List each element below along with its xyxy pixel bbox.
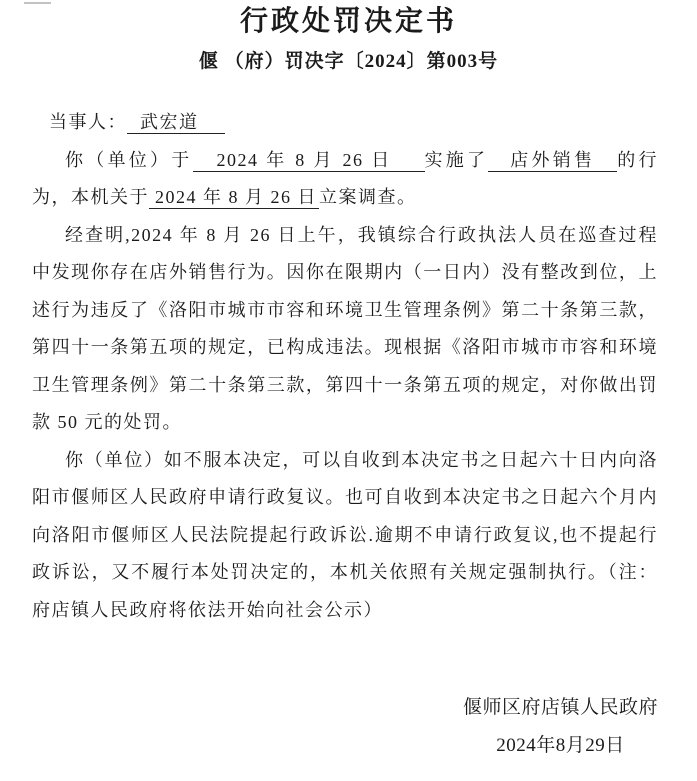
signature-row: 偃师区府店镇人民政府 2024年8月29日 (0, 689, 697, 764)
implementation-date-field: 2024 年 8 月 26 日 (193, 150, 425, 172)
scan-artifact-line (24, 2, 51, 4)
issue-date: 2024年8月29日 (463, 727, 658, 765)
implementation-text-run-4: 立案调查。 (319, 187, 417, 207)
issuing-authority: 偃师区府店镇人民政府 (463, 689, 658, 727)
penalty-decision-document: 行政处罚决定书 偃 （府）罚决字〔2024〕第003号 当事人：武宏道 你（单位… (0, 0, 697, 781)
paragraph-appeal-rights: 你（单位）如不服本决定，可以自收到本决定书之日起六十日内向洛阳市偃师区人民政府申… (32, 442, 658, 630)
case-filing-date-field: 2024 年 8 月 26 日 (149, 187, 319, 209)
party-name-field: 武宏道 (127, 112, 225, 134)
paragraph-implementation: 你（单位）于2024 年 8 月 26 日实施了店外销售的行为，本机关于2024… (32, 142, 658, 217)
party-line: 当事人：武宏道 (32, 104, 658, 142)
implementation-text-run-2: 实施了 (425, 150, 489, 170)
paragraph-findings: 经查明,2024 年 8 月 26 日上午，我镇综合行政执法人员在巡查过程中发现… (32, 217, 658, 442)
implementation-text-run-1: 你（单位）于 (65, 150, 193, 170)
document-number: 偃 （府）罚决字〔2024〕第003号 (0, 51, 697, 73)
document-title: 行政处罚决定书 (0, 0, 697, 39)
behavior-field: 店外销售 (488, 150, 617, 172)
party-label: 当事人： (49, 112, 127, 132)
document-body: 当事人：武宏道 你（单位）于2024 年 8 月 26 日实施了店外销售的行为，… (32, 104, 658, 629)
signature-block: 偃师区府店镇人民政府 2024年8月29日 (463, 689, 658, 764)
